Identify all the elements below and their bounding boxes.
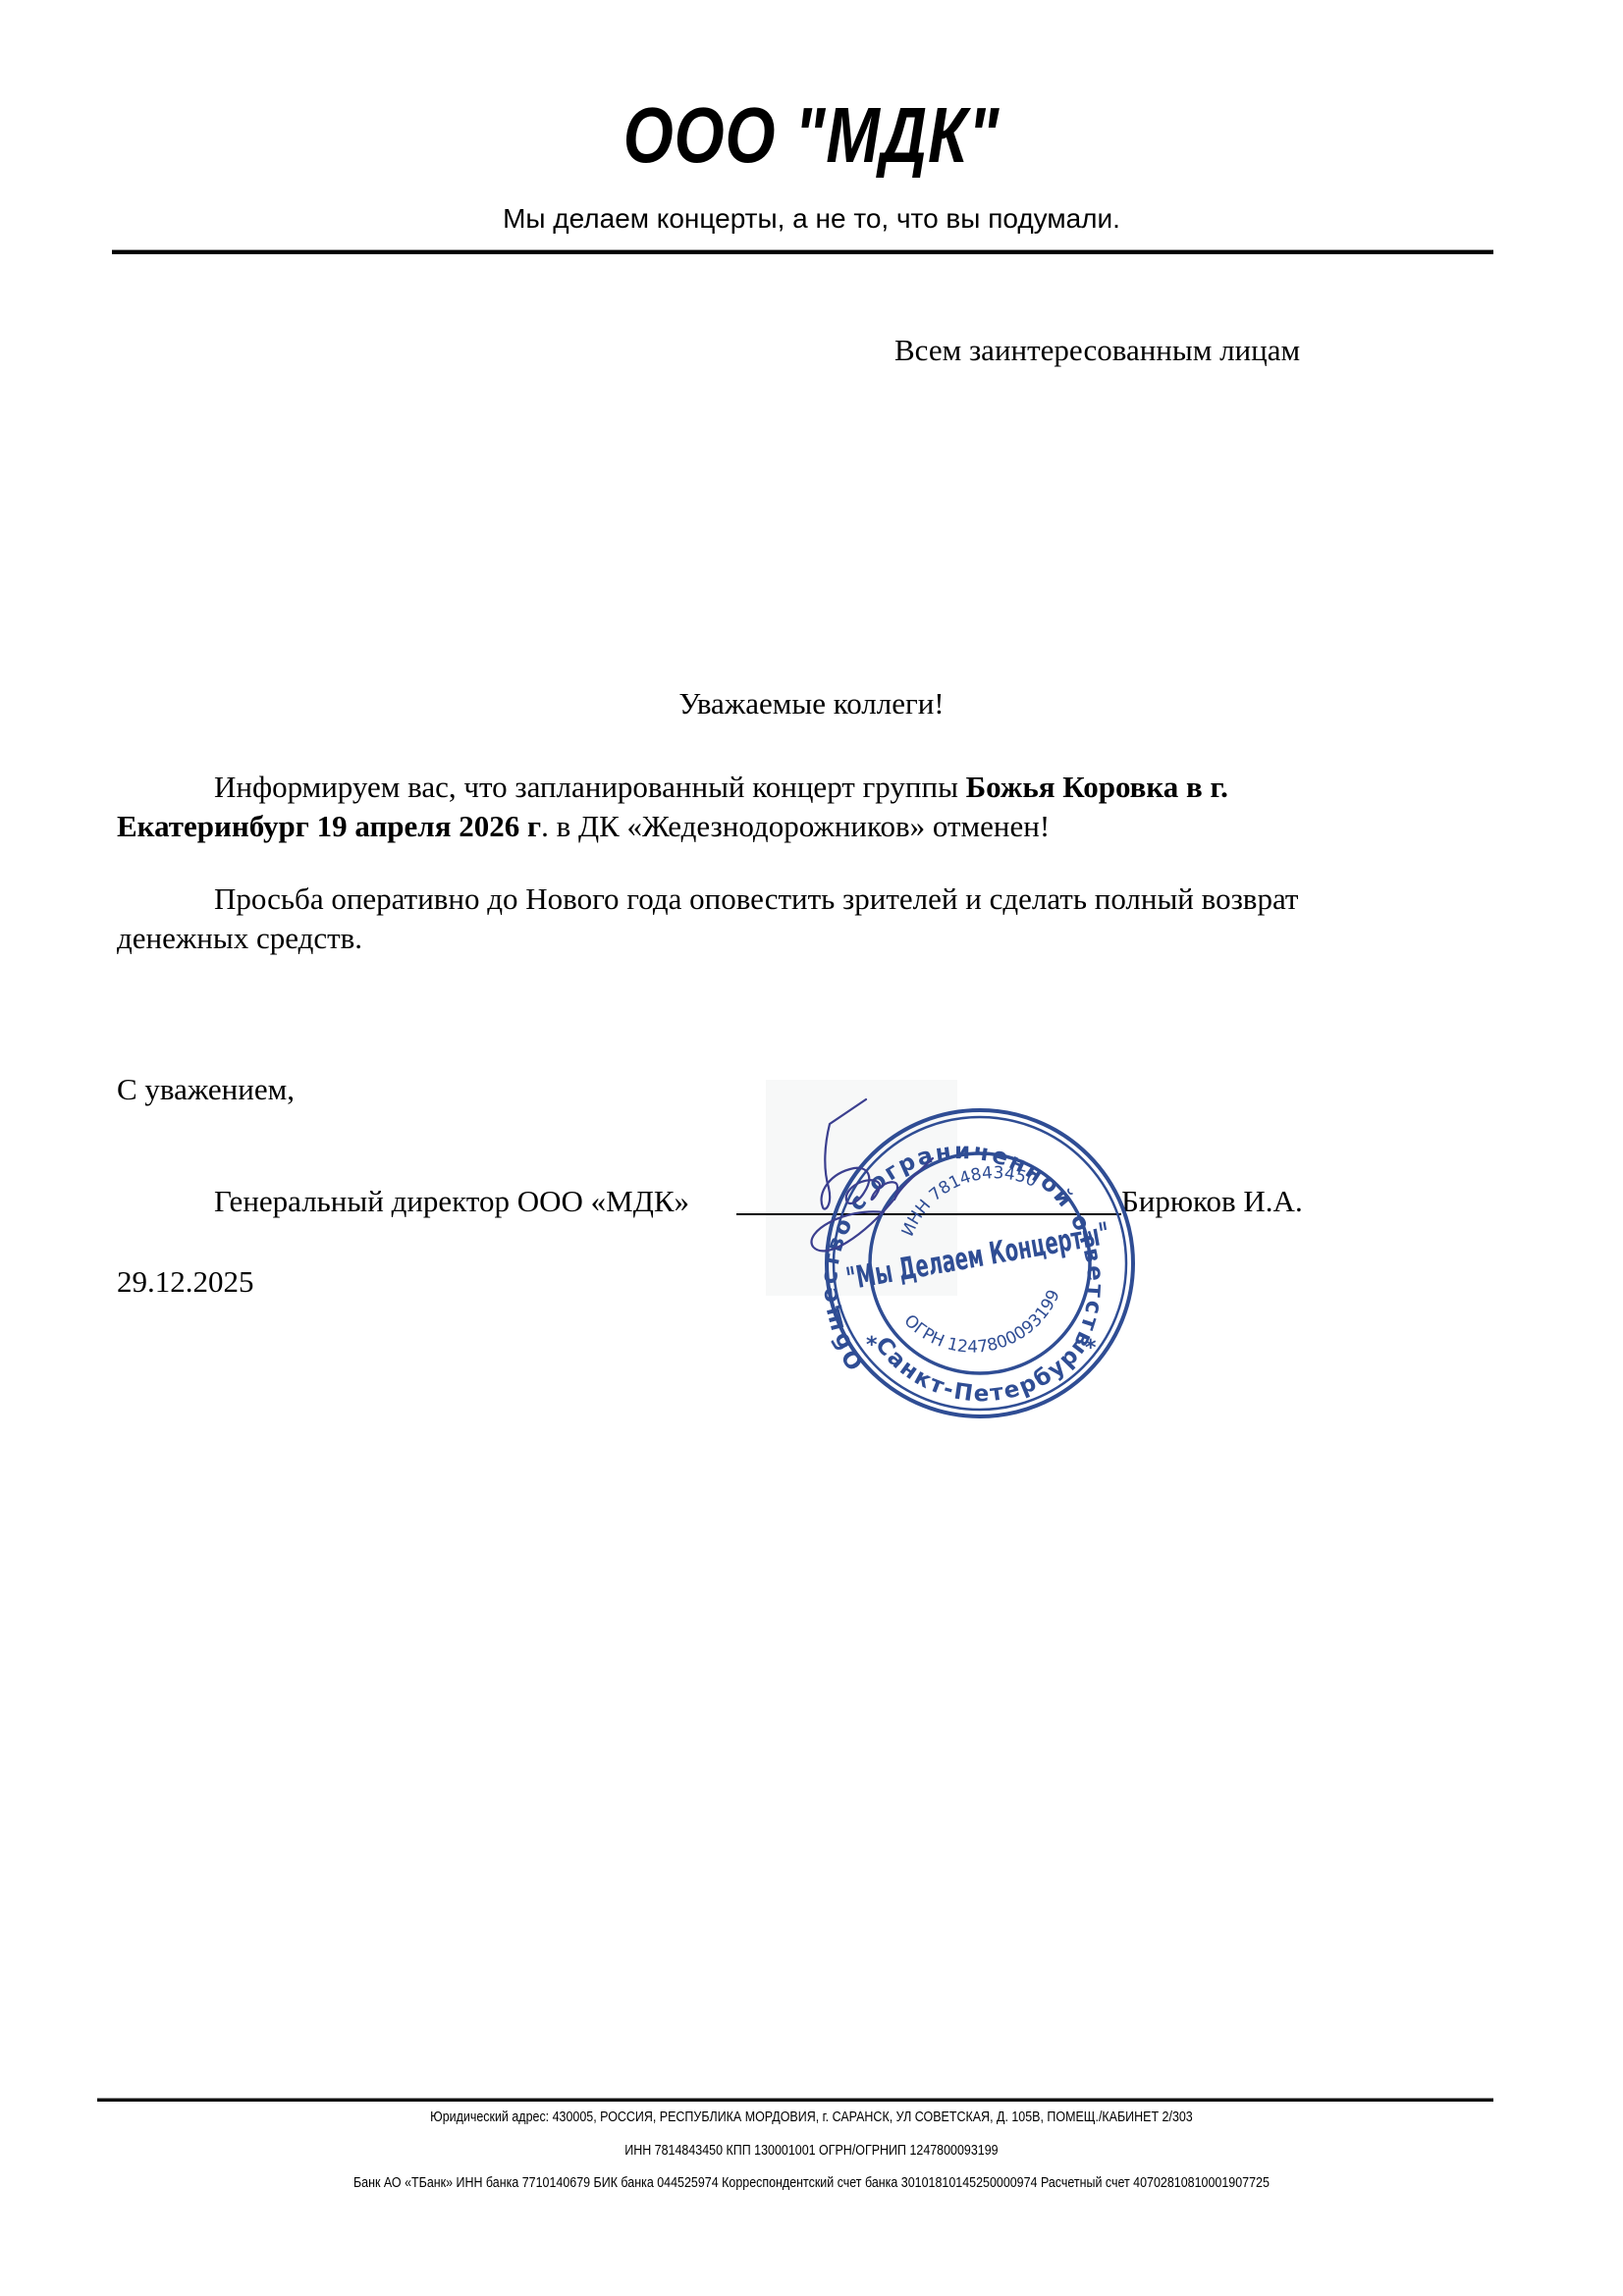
paragraph-1-text: Информируем вас, что запланированный кон… <box>214 770 966 804</box>
paragraph-2-line-2: денежных средств. <box>117 923 362 953</box>
signature-icon <box>785 1090 962 1286</box>
footer-legal-address: Юридический адрес: 430005, РОССИЯ, РЕСПУ… <box>114 2110 1510 2125</box>
concert-date-highlight: Екатеринбург 19 апреля 2026 г <box>117 809 541 843</box>
company-name: ООО "МДК" <box>146 96 1477 175</box>
addressee: Всем заинтересованным лицам <box>894 335 1300 365</box>
salutation: Уважаемые коллеги! <box>0 688 1623 719</box>
stamp-star-right: * <box>1085 1336 1097 1361</box>
signatory-position: Генеральный директор ООО «МДК» <box>214 1186 689 1216</box>
svg-text:ОГРН 1247800093199: ОГРН 1247800093199 <box>900 1287 1064 1358</box>
stamp-star-left: * <box>866 1333 878 1358</box>
header-divider <box>112 249 1493 254</box>
paragraph-1-line-2: Екатеринбург 19 апреля 2026 г. в ДК «Жед… <box>117 811 1050 841</box>
footer-bank-details: Банк АО «ТБанк» ИНН банка 7710140679 БИК… <box>114 2176 1510 2191</box>
concert-band-highlight: Божья Коровка в г. <box>966 770 1228 804</box>
company-tagline: Мы делаем концерты, а не то, что вы поду… <box>0 205 1623 233</box>
stamp-ogrn: ОГРН 1247800093199 <box>900 1287 1064 1358</box>
closing: С уважением, <box>117 1074 295 1104</box>
footer-divider <box>97 2098 1493 2102</box>
paragraph-2-line-1: Просьба оперативно до Нового года оповес… <box>214 883 1298 914</box>
paragraph-1-text-end: . в ДК «Жедезнодорожников» отменен! <box>541 809 1050 843</box>
letter-date: 29.12.2025 <box>117 1266 254 1297</box>
paragraph-1-line-1: Информируем вас, что запланированный кон… <box>214 772 1228 802</box>
footer-registration-ids: ИНН 7814843450 КПП 130001001 ОГРН/ОГРНИП… <box>114 2144 1510 2159</box>
